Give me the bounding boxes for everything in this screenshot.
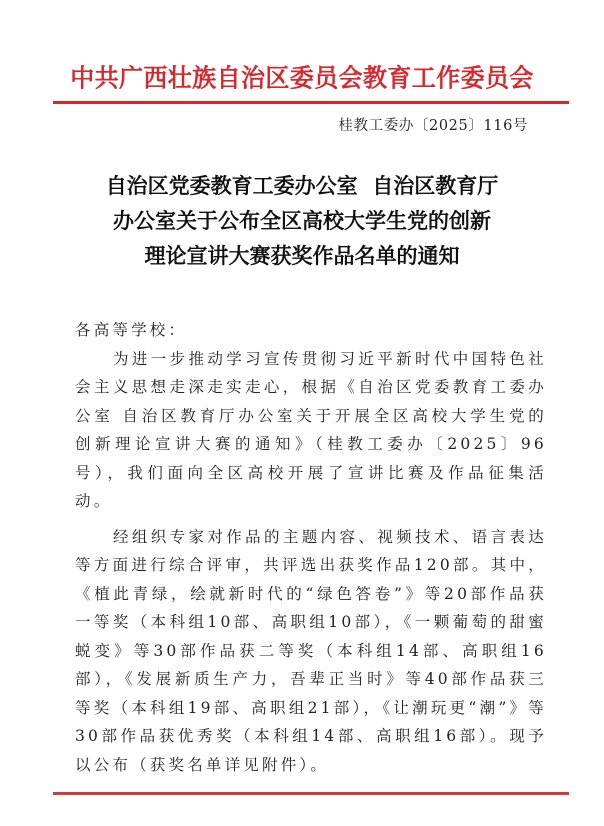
document-page: 中共广西壮族自治区委员会教育工作委员会 桂教工委办〔2025〕116号 自治区党… <box>0 0 604 826</box>
salutation: 各高等学校： <box>75 316 547 345</box>
issuing-organization-header: 中共广西壮族自治区委员会教育工作委员会 <box>0 61 604 95</box>
paragraph-2: 经组织专家对作品的主题内容、视频技术、语言表达等方面进行综合评审，共评选出获奖作… <box>75 523 547 780</box>
document-body: 各高等学校： 为进一步推动学习宣传贯彻习近平新时代中国特色社会主义思想走深走实走… <box>75 316 547 779</box>
red-divider-bottom <box>53 792 569 795</box>
document-number: 桂教工委办〔2025〕116号 <box>338 116 528 136</box>
title-line-3: 理论宣讲大赛获奖作品名单的通知 <box>0 238 604 273</box>
red-divider-top <box>53 101 569 104</box>
title-line-2: 办公室关于公布全区高校大学生党的创新 <box>0 203 604 238</box>
title-line-1: 自治区党委教育工委办公室 自治区教育厅 <box>0 168 604 203</box>
paragraph-1: 为进一步推动学习宣传贯彻习近平新时代中国特色社会主义思想走深走实走心，根据《自治… <box>75 345 547 516</box>
document-title: 自治区党委教育工委办公室 自治区教育厅 办公室关于公布全区高校大学生党的创新 理… <box>0 168 604 273</box>
